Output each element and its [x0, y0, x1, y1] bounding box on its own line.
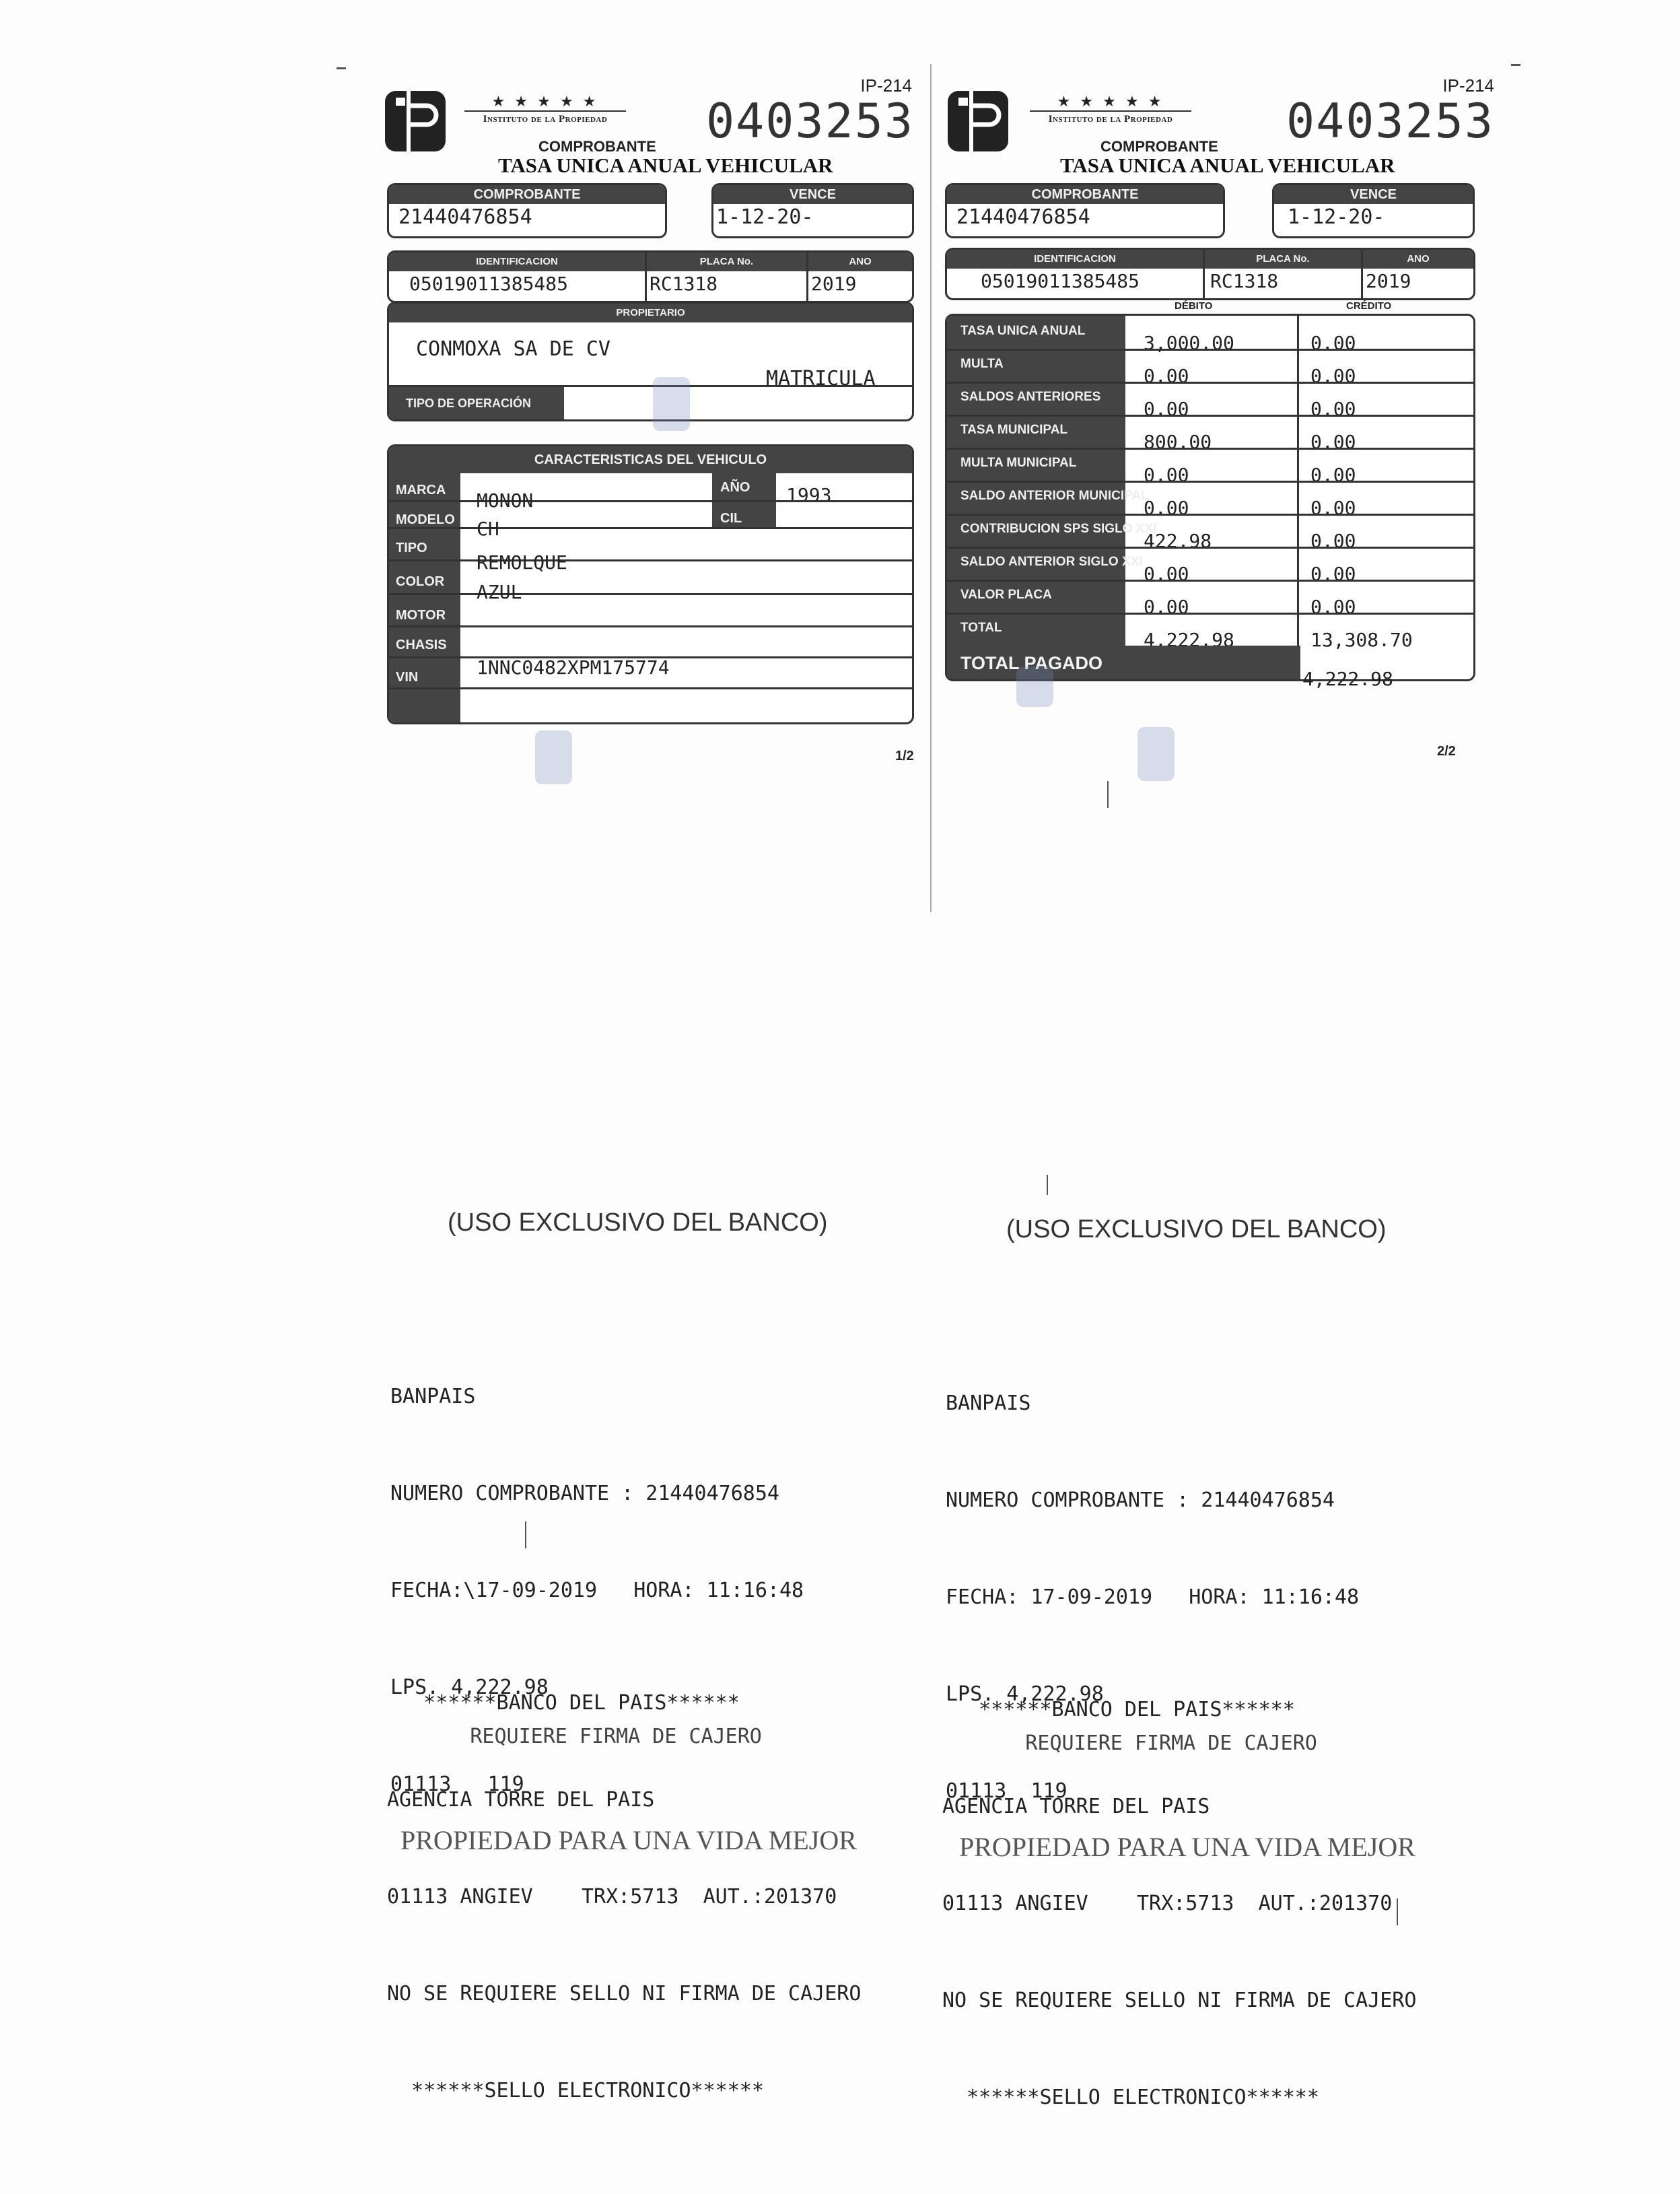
- scan-mark: [1397, 1898, 1398, 1925]
- vence-label: VENCE: [713, 185, 912, 204]
- vin-label: VIN: [396, 670, 418, 685]
- credito-header: CRÉDITO: [1346, 300, 1391, 312]
- vehicle-title: CARACTERISTICAS DEL VEHICULO: [389, 446, 912, 473]
- comprobante-value: 21440476854: [947, 204, 1223, 231]
- debito-header: DÉBITO: [1175, 300, 1212, 312]
- propietario-name: CONMOXA SA DE CV: [416, 337, 610, 361]
- comprobante-label: COMPROBANTE: [389, 185, 665, 204]
- vence-box: VENCE 1-12-20-: [1272, 183, 1475, 238]
- bank-comprobante: NUMERO COMPROBANTE : 21440476854: [390, 1478, 804, 1510]
- stamp-notice: NO SE REQUIERE SELLO NI FIRMA DE CAJERO: [942, 1985, 1416, 2017]
- institution-name: Instituto de la Propiedad: [464, 114, 626, 125]
- institution-block: ★ ★ ★ ★ ★ Instituto de la Propiedad: [464, 94, 626, 125]
- account-row-credito: 0.00: [1310, 464, 1356, 486]
- vehicle-box: CARACTERISTICAS DEL VEHICULO AÑO 1993 CI…: [387, 444, 914, 724]
- vence-value: 1-12-20-: [713, 204, 912, 231]
- stars: ★ ★ ★ ★ ★: [1030, 94, 1191, 109]
- account-row-credito: 13,308.70: [1310, 629, 1413, 651]
- account-row-credito: 0.00: [1310, 398, 1356, 420]
- account-row-label: MULTA MUNICIPAL: [960, 456, 1076, 471]
- bank-heading: (USO EXCLUSIVO DEL BANCO): [1006, 1215, 1387, 1244]
- account-row-label: TOTAL: [960, 621, 1002, 636]
- propietario-label: PROPIETARIO: [389, 304, 912, 322]
- motto: PROPIEDAD PARA UNA VIDA MEJOR: [400, 1824, 857, 1856]
- account-row-credito: 0.00: [1310, 365, 1356, 387]
- account-row-label: SALDO ANTERIOR SIGLO XXI: [960, 555, 1143, 570]
- vence-value: 1-12-20-: [1274, 204, 1473, 231]
- stamp-agency: AGENCIA TORRE DEL PAIS: [942, 1791, 1416, 1823]
- motto: PROPIEDAD PARA UNA VIDA MEJOR: [959, 1831, 1415, 1863]
- vehicle-ano-label: AÑO: [720, 480, 750, 495]
- stamp-bank: ******BANCO DEL PAIS******: [942, 1694, 1416, 1726]
- scan-mark: [1511, 64, 1520, 66]
- account-row-debito: 422.98: [1144, 530, 1212, 552]
- comprobante-box: COMPROBANTE 21440476854: [387, 183, 667, 238]
- tipo-label: TIPO: [396, 541, 427, 556]
- comprobante-value: 21440476854: [389, 204, 665, 231]
- bank-heading: (USO EXCLUSIVO DEL BANCO): [448, 1208, 828, 1237]
- placa-value: RC1318: [647, 271, 806, 297]
- ano-label: ANO: [808, 252, 912, 271]
- identificacion-label: IDENTIFICACION: [947, 250, 1203, 269]
- account-row-label: CONTRIBUCION SPS SIGLO XXI: [960, 522, 1156, 537]
- account-row-debito: 0.00: [1144, 365, 1189, 387]
- account-row-debito: 0.00: [1144, 398, 1189, 420]
- ano-value: 2019: [808, 271, 912, 297]
- chasis-value: 1NNC0482XPM175774: [477, 656, 670, 679]
- account-row-label: VALOR PLACA: [960, 588, 1052, 603]
- propietario-box: PROPIETARIO CONMOXA SA DE CV TIPO DE OPE…: [387, 302, 914, 421]
- stamp-transaction: 01113 ANGIEV TRX:5713 AUT.:201370: [387, 1881, 861, 1913]
- receipt-right: ★ ★ ★ ★ ★ Instituto de la Propiedad IP-2…: [942, 0, 1481, 794]
- identification-box: IDENTIFICACION 05019011385485 PLACA No. …: [387, 250, 914, 303]
- bank-stamp: ******BANCO DEL PAIS****** AGENCIA TORRE…: [387, 1622, 861, 2172]
- placa-label: PLACA No.: [1205, 250, 1361, 269]
- page-number: 1/2: [895, 749, 914, 764]
- marca-label: MARCA: [396, 483, 446, 498]
- scan-mark: [1047, 1175, 1048, 1195]
- ano-label: ANO: [1363, 250, 1473, 269]
- vehicle-cil-label: CIL: [720, 511, 742, 526]
- placa-value: RC1318: [1205, 269, 1361, 294]
- ip-logo-icon: [385, 91, 446, 151]
- total-pagado-value: 4,222.98: [1302, 668, 1393, 690]
- watermark-logo-icon: [1137, 727, 1175, 781]
- institution-block: ★ ★ ★ ★ ★ Instituto de la Propiedad: [1030, 94, 1191, 125]
- modelo-value: CH: [477, 518, 499, 540]
- account-row-debito: 0.00: [1144, 596, 1189, 618]
- marca-value: MONON: [477, 489, 533, 512]
- vehicle-ano-value: 1993: [786, 484, 831, 506]
- account-row-debito: 0.00: [1144, 563, 1189, 585]
- vence-box: VENCE 1-12-20-: [711, 183, 914, 238]
- stamp-overprint: REQUIERE FIRMA DE CAJERO: [397, 1725, 762, 1748]
- account-row-credito: 0.00: [1310, 431, 1356, 453]
- document-title: TASA UNICA ANUAL VEHICULAR: [1060, 153, 1395, 178]
- fold-line: [930, 64, 932, 912]
- account-table: TASA UNICA ANUAL3,000.000.00MULTA0.000.0…: [945, 314, 1475, 681]
- account-row-credito: 0.00: [1310, 530, 1356, 552]
- serial-number: 0403253: [1286, 98, 1494, 145]
- identification-box: IDENTIFICACION 05019011385485 PLACA No. …: [945, 248, 1475, 300]
- bank-name: BANPAIS: [946, 1387, 1359, 1420]
- vence-label: VENCE: [1274, 185, 1473, 204]
- scan-mark: [337, 67, 346, 69]
- account-row-label: TASA UNICA ANUAL: [960, 324, 1085, 339]
- document-title: TASA UNICA ANUAL VEHICULAR: [498, 153, 833, 178]
- stamp-agency: AGENCIA TORRE DEL PAIS: [387, 1784, 861, 1816]
- stamp-bank: ******BANCO DEL PAIS******: [387, 1687, 861, 1719]
- ip-logo-icon: [948, 91, 1008, 151]
- account-row-label: SALDOS ANTERIORES: [960, 390, 1100, 405]
- stamp-electronic: ******SELLO ELECTRONICO******: [387, 2075, 861, 2107]
- watermark-logo-icon: [535, 730, 572, 784]
- account-row-label: MULTA: [960, 357, 1004, 372]
- account-row-debito: 0.00: [1144, 497, 1189, 519]
- identificacion-value: 05019011385485: [947, 269, 1203, 294]
- watermark-logo-icon: [1016, 666, 1053, 707]
- tipo-value: REMOLQUE: [477, 551, 567, 574]
- account-row-credito: 0.00: [1310, 596, 1356, 618]
- identificacion-label: IDENTIFICACION: [389, 252, 645, 271]
- tipo-operacion-value: MATRICULA: [766, 367, 876, 390]
- receipt-left: ★ ★ ★ ★ ★ Instituto de la Propiedad IP-2…: [384, 0, 922, 794]
- color-label: COLOR: [396, 574, 444, 590]
- account-row-debito: 0.00: [1144, 464, 1189, 486]
- bank-stamp: ******BANCO DEL PAIS****** AGENCIA TORRE…: [942, 1629, 1416, 2179]
- color-value: AZUL: [477, 581, 522, 603]
- serial-number: 0403253: [706, 98, 914, 145]
- placa-label: PLACA No.: [647, 252, 806, 271]
- scan-mark: [525, 1521, 526, 1548]
- stamp-notice: NO SE REQUIERE SELLO NI FIRMA DE CAJERO: [387, 1978, 861, 2010]
- institution-name: Instituto de la Propiedad: [1030, 114, 1191, 125]
- identificacion-value: 05019011385485: [389, 271, 645, 297]
- account-row-credito: 0.00: [1310, 497, 1356, 519]
- account-row-credito: 0.00: [1310, 563, 1356, 585]
- modelo-label: MODELO: [396, 512, 455, 528]
- page-number: 2/2: [1437, 744, 1456, 759]
- stamp-transaction: 01113 ANGIEV TRX:5713 AUT.:201370: [942, 1888, 1416, 1920]
- account-row-label: SALDO ANTERIOR MUNICIPAL: [960, 489, 1149, 504]
- comprobante-box: COMPROBANTE 21440476854: [945, 183, 1225, 238]
- scan-mark: [1107, 781, 1109, 808]
- bank-comprobante: NUMERO COMPROBANTE : 21440476854: [946, 1484, 1359, 1517]
- account-row-debito: 800.00: [1144, 431, 1212, 453]
- motor-label: MOTOR: [396, 608, 446, 623]
- watermark-logo-icon: [653, 377, 690, 431]
- bank-fecha-hora: FECHA: 17-09-2019 HORA: 11:16:48: [946, 1581, 1359, 1614]
- stamp-overprint: REQUIERE FIRMA DE CAJERO: [952, 1732, 1317, 1755]
- bank-fecha-hora: FECHA:\17-09-2019 HORA: 11:16:48: [390, 1575, 804, 1607]
- tipo-operacion-label: TIPO DE OPERACIÓN: [389, 387, 564, 419]
- chasis-label: CHASIS: [396, 638, 447, 653]
- account-row-debito: 3,000.00: [1144, 332, 1234, 354]
- account-row-label: TASA MUNICIPAL: [960, 423, 1067, 438]
- bank-name: BANPAIS: [390, 1381, 804, 1413]
- comprobante-label: COMPROBANTE: [947, 185, 1223, 204]
- stars: ★ ★ ★ ★ ★: [464, 94, 626, 109]
- stamp-electronic: ******SELLO ELECTRONICO******: [942, 2082, 1416, 2114]
- account-row-credito: 0.00: [1310, 332, 1356, 354]
- ano-value: 2019: [1363, 269, 1473, 294]
